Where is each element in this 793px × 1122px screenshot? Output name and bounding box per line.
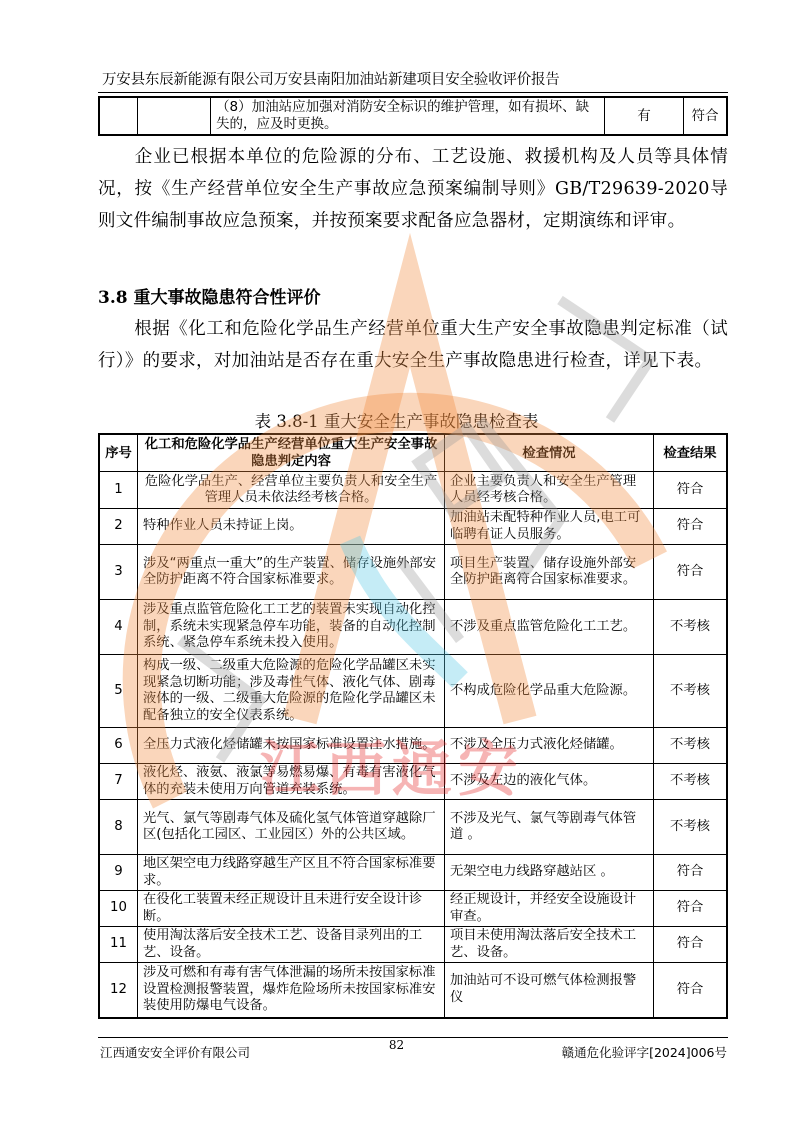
paragraph-text: 企业已根据本单位的危险源的分布、工艺设施、救援机构及人员等具体情况，按《生产经营… bbox=[98, 147, 728, 231]
continuation-table: （8）加油站应加强对消防安全标识的维护管理，如有损坏、缺失的，应及时更换。 有 … bbox=[98, 96, 728, 136]
table-row: 4 涉及重点监管危险化工工艺的装置未实现自动化控制，系统未实现紧急停车功能，装备… bbox=[99, 600, 727, 655]
row-content: 光气、氯气等剧毒气体及硫化氢气体管道穿越除厂区(包括化工园区、工业园区）外的公共… bbox=[138, 800, 445, 855]
cell-empty bbox=[138, 97, 211, 135]
paragraph-section-intro: 根据《化工和危险化学品生产经营单位重大生产安全事故隐患判定标准（试行）》的要求，… bbox=[98, 313, 728, 377]
row-result: 符合 bbox=[654, 891, 728, 927]
row-result: 符合 bbox=[654, 927, 728, 963]
header-divider bbox=[98, 92, 728, 93]
header-num: 序号 bbox=[99, 434, 138, 472]
row-result: 不考核 bbox=[654, 764, 728, 800]
row-result: 符合 bbox=[654, 545, 728, 600]
header-result: 检查结果 bbox=[654, 434, 728, 472]
row-content: 危险化学品生产、经营单位主要负责人和安全生产管理人员未依法经考核合格。 bbox=[138, 472, 445, 509]
footer-doc-number: 赣通危化验评字[2024]006号 bbox=[562, 1043, 727, 1061]
row-content: 涉及重点监管危险化工工艺的装置未实现自动化控制，系统未实现紧急停车功能，装备的自… bbox=[138, 600, 445, 655]
report-header-title: 万安县东辰新能源有限公司万安县南阳加油站新建项目安全验收评价报告 bbox=[102, 68, 560, 89]
row-content: 构成一级、二级重大危险源的危险化学品罐区未实现紧急切断功能；涉及毒性气体、液化气… bbox=[138, 655, 445, 728]
table-row: 9 地区架空电力线路穿越生产区且不符合国家标准要求。 无架空电力线路穿越站区 。… bbox=[99, 855, 727, 891]
row-num: 7 bbox=[99, 764, 138, 800]
row-content: 地区架空电力线路穿越生产区且不符合国家标准要求。 bbox=[138, 855, 445, 891]
row-result: 符合 bbox=[654, 509, 728, 545]
row-content: 在役化工装置未经正规设计且未进行安全设计诊断。 bbox=[138, 891, 445, 927]
header-check: 检查情况 bbox=[445, 434, 654, 472]
row-num: 5 bbox=[99, 655, 138, 728]
table-row: （8）加油站应加强对消防安全标识的维护管理，如有损坏、缺失的，应及时更换。 有 … bbox=[99, 97, 727, 135]
hazard-check-table: 序号 化工和危险化学品生产经营单位重大生产安全事故隐患判定内容 检查情况 检查结… bbox=[98, 433, 728, 1019]
row-content: 液化烃、液氨、液氯等易燃易爆、有毒有害液化气体的充装未使用万向管道充装系统。 bbox=[138, 764, 445, 800]
row-check: 不涉及光气、氯气等剧毒气体管道 。 bbox=[445, 800, 654, 855]
table-row: 11 使用淘汰落后安全技术工艺、设备目录列出的工艺、设备。 项目未使用淘汰落后安… bbox=[99, 927, 727, 963]
table-row: 6 全压力式液化烃储罐未按国家标准设置注水措施。 不涉及全压力式液化烃储罐。 不… bbox=[99, 728, 727, 764]
table-row: 1 危险化学品生产、经营单位主要负责人和安全生产管理人员未依法经考核合格。 企业… bbox=[99, 472, 727, 509]
row-content: 特种作业人员未持证上岗。 bbox=[138, 509, 445, 545]
table-row: 3 涉及“两重点一重大”的生产装置、储存设施外部安全防护距离不符合国家标准要求。… bbox=[99, 545, 727, 600]
row-num: 4 bbox=[99, 600, 138, 655]
row-num: 1 bbox=[99, 472, 138, 509]
table-row: 8 光气、氯气等剧毒气体及硫化氢气体管道穿越除厂区(包括化工园区、工业园区）外的… bbox=[99, 800, 727, 855]
table-row: 7 液化烃、液氨、液氯等易燃易爆、有毒有害液化气体的充装未使用万向管道充装系统。… bbox=[99, 764, 727, 800]
row-check: 经正规设计，并经安全设施设计审查。 bbox=[445, 891, 654, 927]
row-check: 项目未使用淘汰落后安全技术工艺、设备。 bbox=[445, 927, 654, 963]
row-num: 3 bbox=[99, 545, 138, 600]
row-result: 不考核 bbox=[654, 600, 728, 655]
cell-content: （8）加油站应加强对消防安全标识的维护管理，如有损坏、缺失的，应及时更换。 bbox=[211, 97, 605, 135]
row-check: 不涉及重点监管危险化工工艺。 bbox=[445, 600, 654, 655]
table-row: 5 构成一级、二级重大危险源的危险化学品罐区未实现紧急切断功能；涉及毒性气体、液… bbox=[99, 655, 727, 728]
row-num: 8 bbox=[99, 800, 138, 855]
paragraph-text: 根据《化工和危险化学品生产经营单位重大生产安全事故隐患判定标准（试行）》的要求，… bbox=[98, 319, 728, 371]
row-check: 不涉及全压力式液化烃储罐。 bbox=[445, 728, 654, 764]
document-page: 万安县东辰新能源有限公司万安县南阳加油站新建项目安全验收评价报告 （8）加油站应… bbox=[0, 0, 793, 1122]
table-caption: 表 3.8-1 重大安全生产事故隐患检查表 bbox=[0, 408, 793, 432]
row-result: 符合 bbox=[654, 855, 728, 891]
paragraph-emergency-plan: 企业已根据本单位的危险源的分布、工艺设施、救援机构及人员等具体情况，按《生产经营… bbox=[98, 141, 728, 237]
row-content: 全压力式液化烃储罐未按国家标准设置注水措施。 bbox=[138, 728, 445, 764]
row-check: 企业主要负责人和安全生产管理人员经考核合格。 bbox=[445, 472, 654, 509]
row-result: 不考核 bbox=[654, 655, 728, 728]
row-result: 符合 bbox=[654, 472, 728, 509]
row-check: 无架空电力线路穿越站区 。 bbox=[445, 855, 654, 891]
cell-status: 有 bbox=[605, 97, 684, 135]
section-heading: 3.8 重大事故隐患符合性评价 bbox=[98, 283, 321, 308]
table-row: 2 特种作业人员未持证上岗。 加油站未配特种作业人员,电工可临聘有证人员服务。 … bbox=[99, 509, 727, 545]
row-result: 不考核 bbox=[654, 728, 728, 764]
table-row: 10 在役化工装置未经正规设计且未进行安全设计诊断。 经正规设计，并经安全设施设… bbox=[99, 891, 727, 927]
row-check: 不构成危险化学品重大危险源。 bbox=[445, 655, 654, 728]
cell-empty bbox=[99, 97, 138, 135]
table-row: 12 涉及可燃和有毒有害气体泄漏的场所未按国家标准设置检测报警装置，爆炸危险场所… bbox=[99, 963, 727, 1018]
row-num: 10 bbox=[99, 891, 138, 927]
row-result: 符合 bbox=[654, 963, 728, 1018]
row-content: 涉及“两重点一重大”的生产装置、储存设施外部安全防护距离不符合国家标准要求。 bbox=[138, 545, 445, 600]
row-check: 加油站可不设可燃气体检测报警仪 bbox=[445, 963, 654, 1018]
row-num: 2 bbox=[99, 509, 138, 545]
row-check: 不涉及左边的液化气体。 bbox=[445, 764, 654, 800]
cell-result: 符合 bbox=[684, 97, 728, 135]
row-num: 9 bbox=[99, 855, 138, 891]
table-header-row: 序号 化工和危险化学品生产经营单位重大生产安全事故隐患判定内容 检查情况 检查结… bbox=[99, 434, 727, 472]
row-check: 加油站未配特种作业人员,电工可临聘有证人员服务。 bbox=[445, 509, 654, 545]
row-num: 12 bbox=[99, 963, 138, 1018]
row-content: 涉及可燃和有毒有害气体泄漏的场所未按国家标准设置检测报警装置，爆炸危险场所未按国… bbox=[138, 963, 445, 1018]
row-num: 11 bbox=[99, 927, 138, 963]
row-result: 不考核 bbox=[654, 800, 728, 855]
row-content: 使用淘汰落后安全技术工艺、设备目录列出的工艺、设备。 bbox=[138, 927, 445, 963]
row-num: 6 bbox=[99, 728, 138, 764]
row-check: 项目生产装置、储存设施外部安全防护距离符合国家标准要求。 bbox=[445, 545, 654, 600]
header-content: 化工和危险化学品生产经营单位重大生产安全事故隐患判定内容 bbox=[138, 434, 445, 472]
